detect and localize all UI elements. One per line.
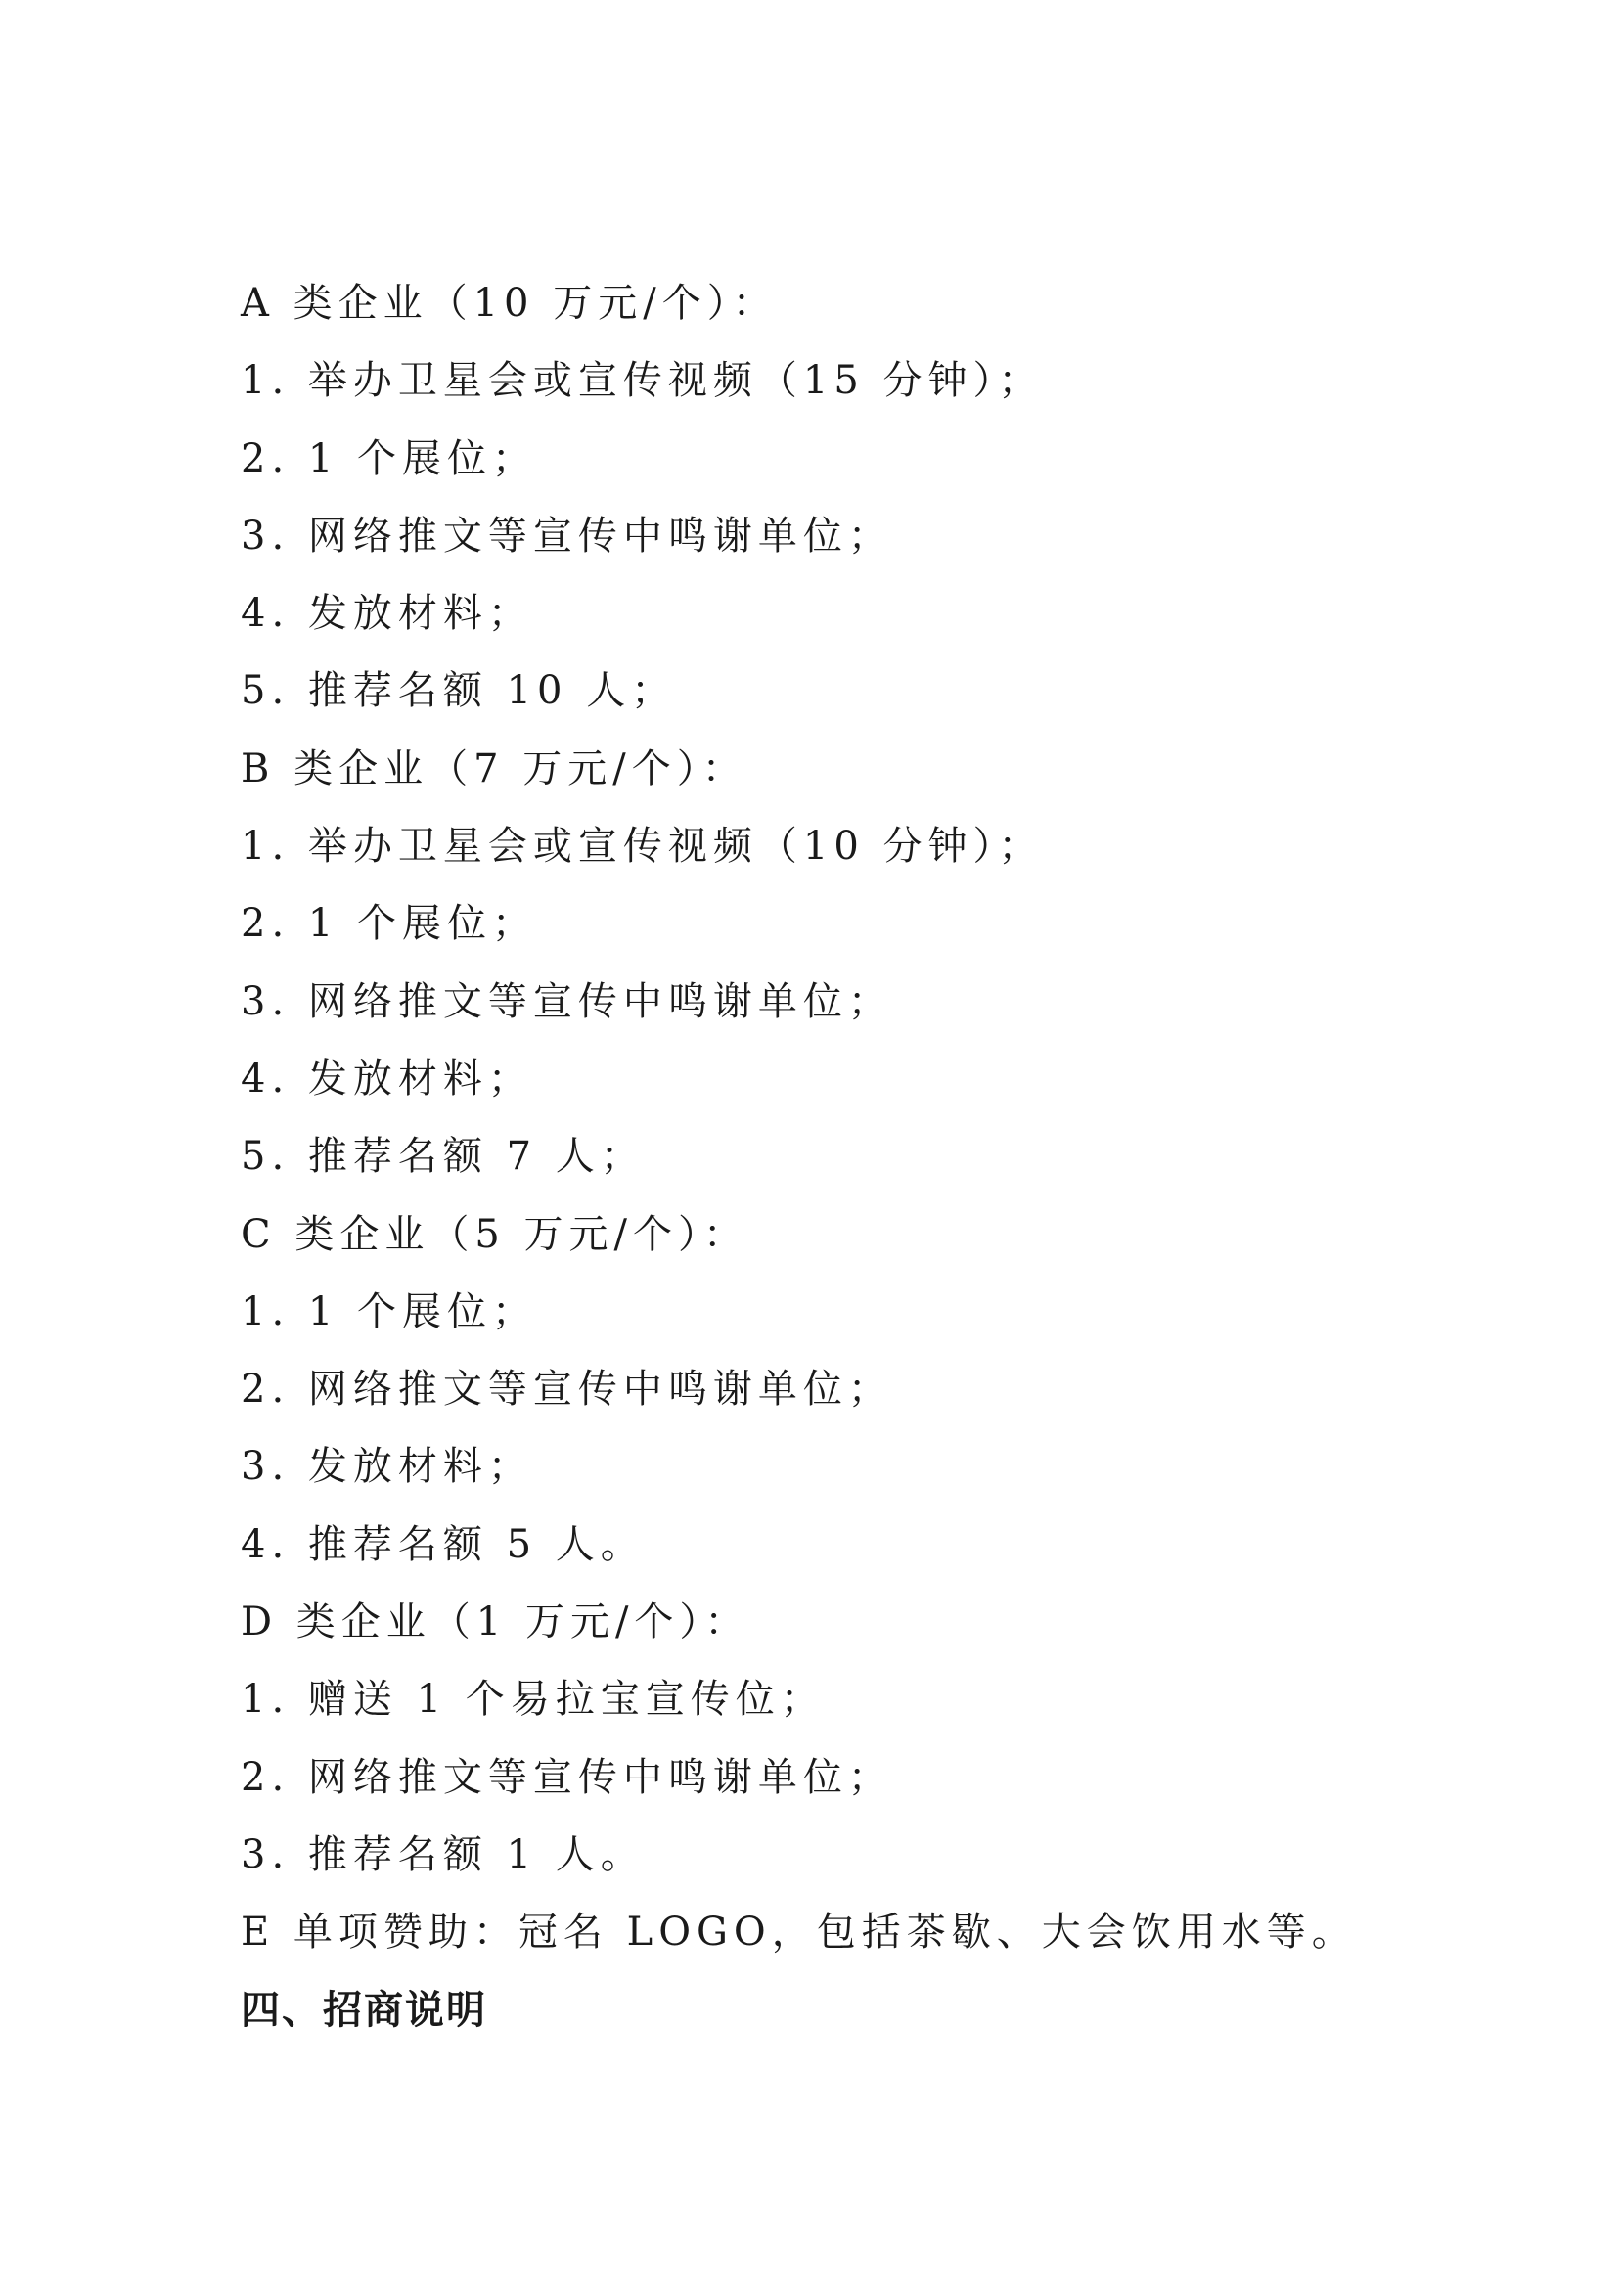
tier-c-heading: C 类企业（5 万元/个）： <box>241 1205 1385 1283</box>
tier-a-item-1: 1. 举办卫星会或宣传视频（15 分钟）； <box>241 351 1385 428</box>
tier-c-item-1: 1. 1 个展位； <box>241 1283 1385 1360</box>
tier-b-item-5: 5. 推荐名额 7 人； <box>241 1127 1385 1204</box>
tier-d-item-3: 3. 推荐名额 1 人。 <box>241 1825 1385 1903</box>
tier-c-item-2: 2. 网络推文等宣传中鸣谢单位； <box>241 1360 1385 1437</box>
tier-b-item-2: 2. 1 个展位； <box>241 894 1385 971</box>
tier-b-item-1: 1. 举办卫星会或宣传视频（10 分钟）； <box>241 817 1385 894</box>
tier-d-item-1: 1. 赠送 1 个易拉宝宣传位； <box>241 1670 1385 1747</box>
tier-c-item-3: 3. 发放材料； <box>241 1437 1385 1514</box>
tier-b-item-3: 3. 网络推文等宣传中鸣谢单位； <box>241 972 1385 1050</box>
tier-a-item-4: 4. 发放材料； <box>241 584 1385 661</box>
tier-b-item-4: 4. 发放材料； <box>241 1050 1385 1127</box>
tier-a-item-3: 3. 网络推文等宣传中鸣谢单位； <box>241 507 1385 584</box>
section-heading: 四、招商说明 <box>241 1981 1385 2058</box>
tier-e-sponsorship: E 单项赞助：冠名 LOGO，包括茶歇、大会饮用水等。 <box>241 1903 1385 1980</box>
tier-d-heading: D 类企业（1 万元/个）： <box>241 1593 1385 1670</box>
tier-b-heading: B 类企业（7 万元/个）： <box>241 740 1385 817</box>
tier-c-item-4: 4. 推荐名额 5 人。 <box>241 1515 1385 1593</box>
tier-d-item-2: 2. 网络推文等宣传中鸣谢单位； <box>241 1748 1385 1825</box>
document-page: A 类企业（10 万元/个）： 1. 举办卫星会或宣传视频（15 分钟）； 2.… <box>241 274 1385 2058</box>
tier-a-heading: A 类企业（10 万元/个）： <box>241 274 1385 351</box>
tier-a-item-5: 5. 推荐名额 10 人； <box>241 661 1385 739</box>
tier-a-item-2: 2. 1 个展位； <box>241 429 1385 507</box>
